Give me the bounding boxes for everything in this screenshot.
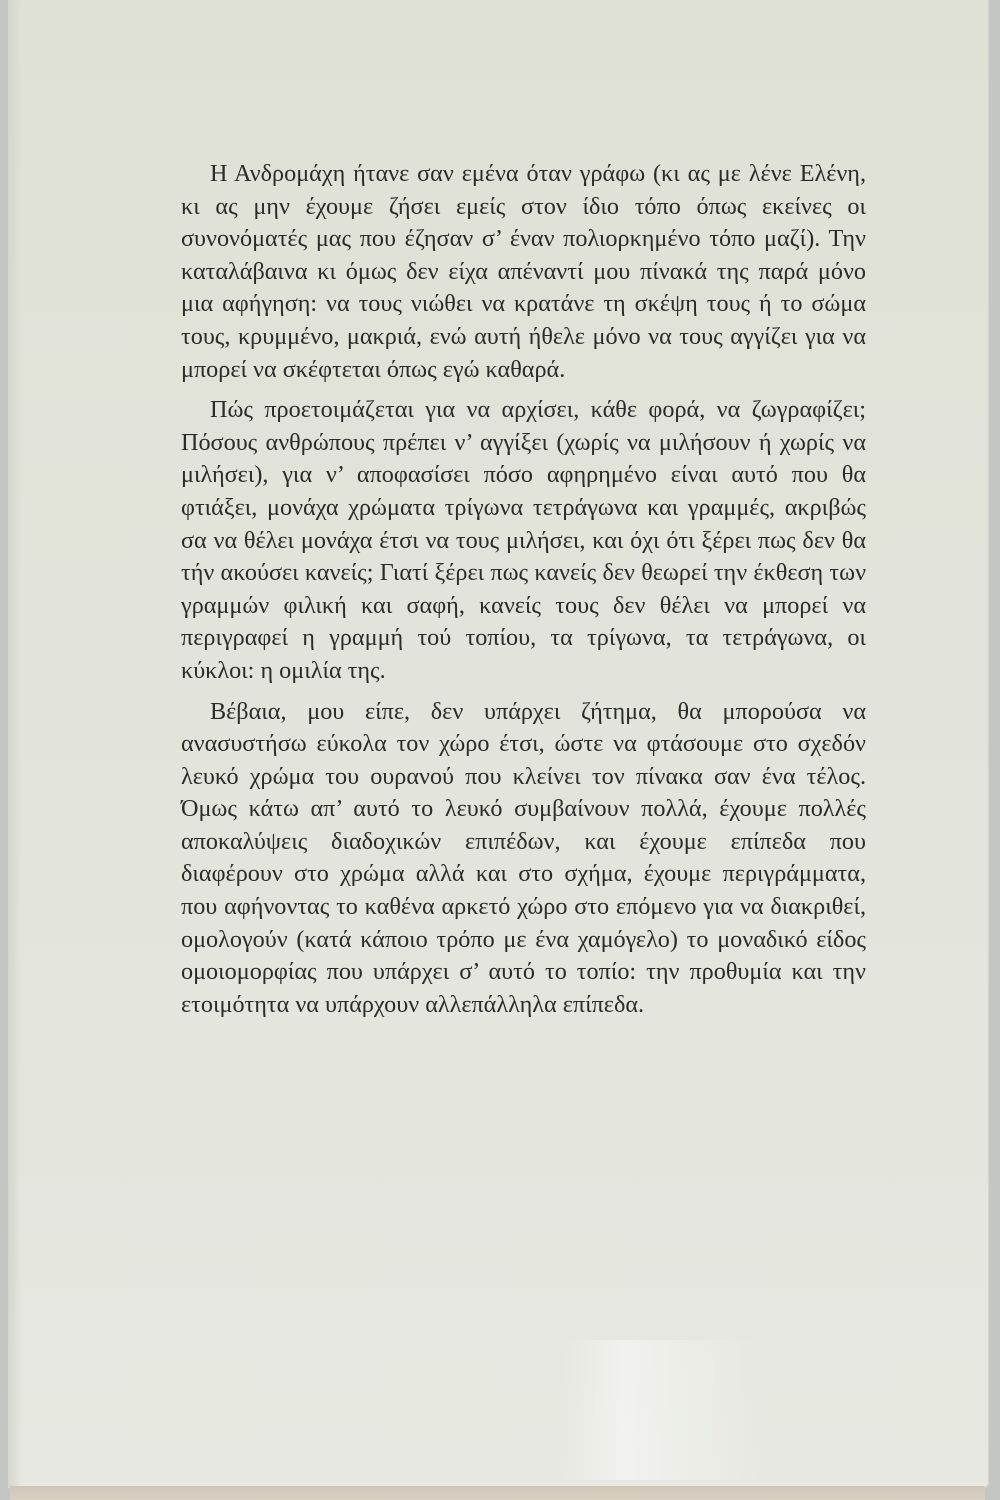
book-back-cover: Η Ανδρομάχη ήτανε σαν εμένα όταν γράφω (… xyxy=(8,0,989,1488)
scan-background: Η Ανδρομάχη ήτανε σαν εμένα όταν γράφω (… xyxy=(0,0,1000,1500)
blurb-text: Η Ανδρομάχη ήτανε σαν εμένα όταν γράφω (… xyxy=(181,158,866,1029)
light-glare xyxy=(563,1340,763,1480)
paragraph-1: Η Ανδρομάχη ήτανε σαν εμένα όταν γράφω (… xyxy=(181,158,866,386)
page-edge xyxy=(10,1486,985,1500)
paragraph-3: Βέβαια, μου είπε, δεν υπάρχει ζήτημα, θα… xyxy=(181,696,866,1022)
paragraph-2: Πώς προετοιμάζεται για να αρχίσει, κάθε … xyxy=(181,394,866,687)
